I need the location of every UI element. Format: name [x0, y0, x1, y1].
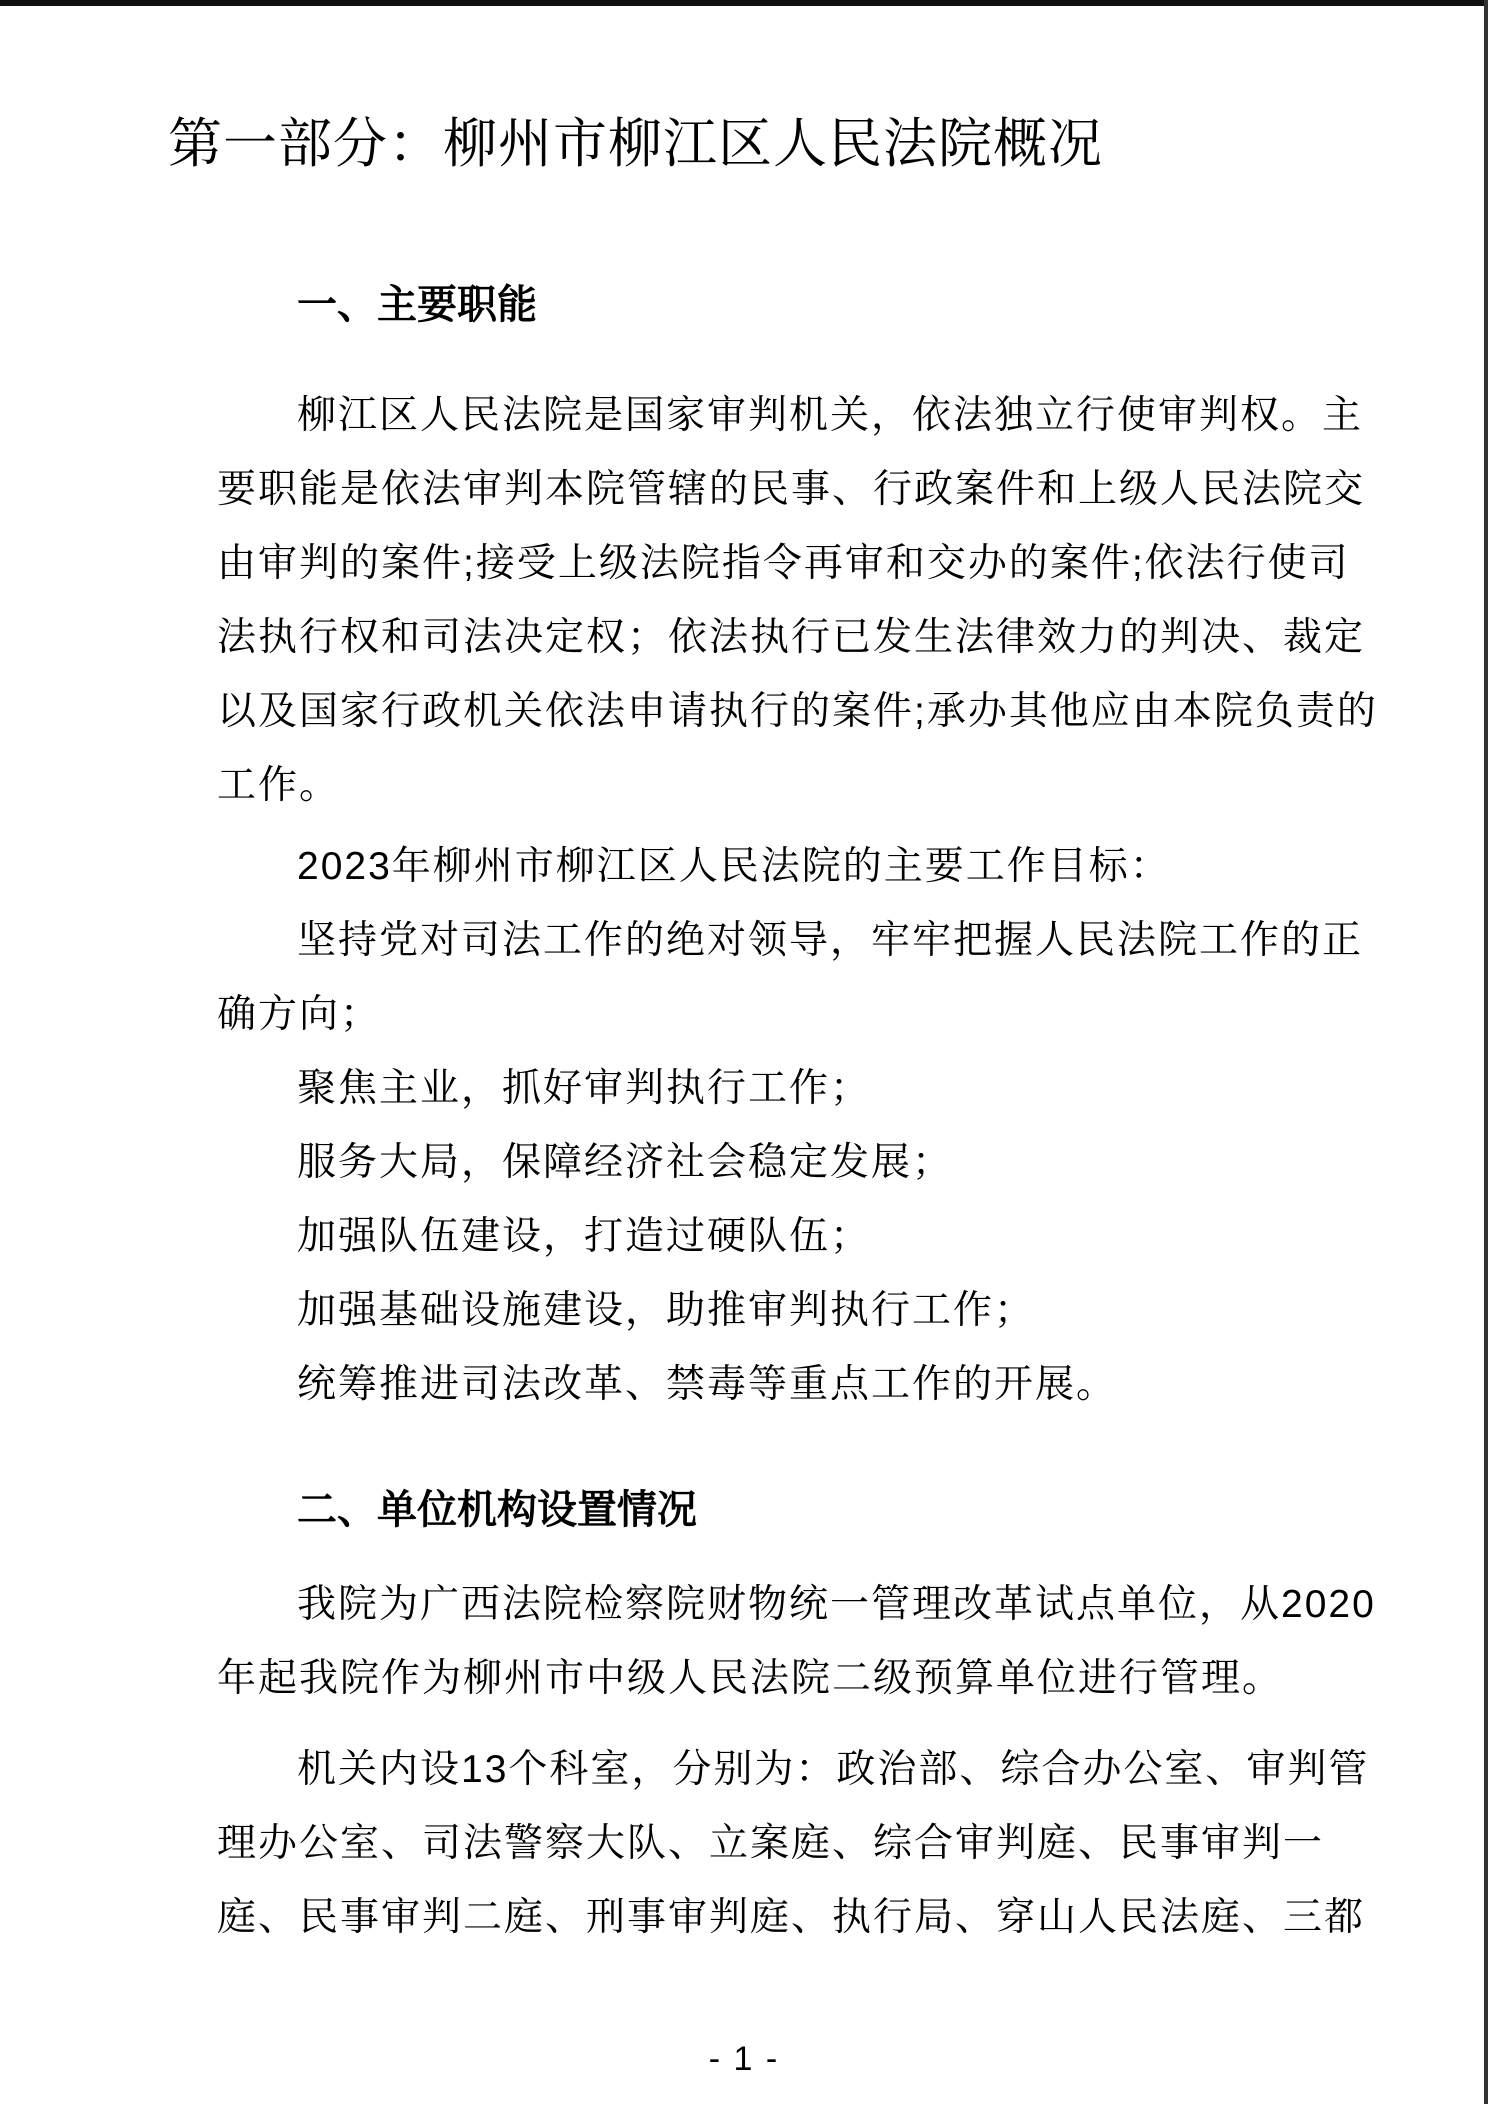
- scan-edge-right: [1484, 0, 1488, 2104]
- document-content: 第一部分：柳州市柳江区人民法院概况 一、主要职能 柳江区人民法院是国家审判机关，…: [217, 0, 1357, 1955]
- document-title: 第一部分：柳州市柳江区人民法院概况: [0, 100, 1271, 188]
- text-line: 法执行权和司法决定权；依法执行已发生法律效力的判决、裁定: [217, 601, 1357, 675]
- section-heading-1: 一、主要职能: [217, 268, 1357, 342]
- paragraph-goal-leadership: 坚持党对司法工作的绝对领导，牢牢把握人民法院工作的正 确方向；: [217, 904, 1357, 1052]
- paragraph-goal-reform: 统筹推进司法改革、禁毒等重点工作的开展。: [217, 1348, 1357, 1422]
- text-line: 服务大局，保障经济社会稳定发展；: [217, 1126, 1357, 1200]
- text-line: 确方向；: [217, 978, 1357, 1052]
- section-heading-2: 二、单位机构设置情况: [217, 1473, 1357, 1547]
- text-line: 2023年柳州市柳江区人民法院的主要工作目标：: [217, 830, 1357, 904]
- text-line: 柳江区人民法院是国家审判机关，依法独立行使审判权。主: [217, 379, 1357, 453]
- text-line: 聚焦主业，抓好审判执行工作；: [217, 1052, 1357, 1126]
- paragraph-goal-trials: 聚焦主业，抓好审判执行工作；: [217, 1052, 1357, 1126]
- paragraph-budget-unit: 我院为广西法院检察院财物统一管理改革试点单位，从2020 年起我院作为柳州市中级…: [217, 1568, 1357, 1716]
- text-line: 坚持党对司法工作的绝对领导，牢牢把握人民法院工作的正: [217, 904, 1357, 978]
- text-line: 加强基础设施建设，助推审判执行工作；: [217, 1274, 1357, 1348]
- text-line: 理办公室、司法警察大队、立案庭、综合审判庭、民事审判一: [217, 1807, 1357, 1881]
- text-line: 工作。: [217, 749, 1357, 823]
- text-line: 年起我院作为柳州市中级人民法院二级预算单位进行管理。: [217, 1642, 1357, 1716]
- page-number: - 1 -: [0, 2040, 1488, 2079]
- text-line: 我院为广西法院检察院财物统一管理改革试点单位，从2020: [217, 1568, 1357, 1642]
- paragraph-2023-goals: 2023年柳州市柳江区人民法院的主要工作目标：: [217, 830, 1357, 904]
- text-line: 要职能是依法审判本院管辖的民事、行政案件和上级人民法院交: [217, 453, 1357, 527]
- paragraph-goal-team: 加强队伍建设，打造过硬队伍；: [217, 1200, 1357, 1274]
- text-line: 由审判的案件;接受上级法院指令再审和交办的案件;依法行使司: [217, 527, 1357, 601]
- paragraph-goal-economy: 服务大局，保障经济社会稳定发展；: [217, 1126, 1357, 1200]
- text-line: 统筹推进司法改革、禁毒等重点工作的开展。: [217, 1348, 1357, 1422]
- text-line: 以及国家行政机关依法申请执行的案件;承办其他应由本院负责的: [217, 675, 1357, 749]
- text-line: 庭、民事审判二庭、刑事审判庭、执行局、穿山人民法庭、三都: [217, 1881, 1357, 1955]
- paragraph-goal-infrastructure: 加强基础设施建设，助推审判执行工作；: [217, 1274, 1357, 1348]
- text-line: 加强队伍建设，打造过硬队伍；: [217, 1200, 1357, 1274]
- paragraph-main-functions: 柳江区人民法院是国家审判机关，依法独立行使审判权。主 要职能是依法审判本院管辖的…: [217, 379, 1357, 823]
- document-page: 第一部分：柳州市柳江区人民法院概况 一、主要职能 柳江区人民法院是国家审判机关，…: [0, 0, 1488, 2104]
- text-line: 机关内设13个科室，分别为：政治部、综合办公室、审判管: [217, 1733, 1357, 1807]
- paragraph-departments: 机关内设13个科室，分别为：政治部、综合办公室、审判管 理办公室、司法警察大队、…: [217, 1733, 1357, 1955]
